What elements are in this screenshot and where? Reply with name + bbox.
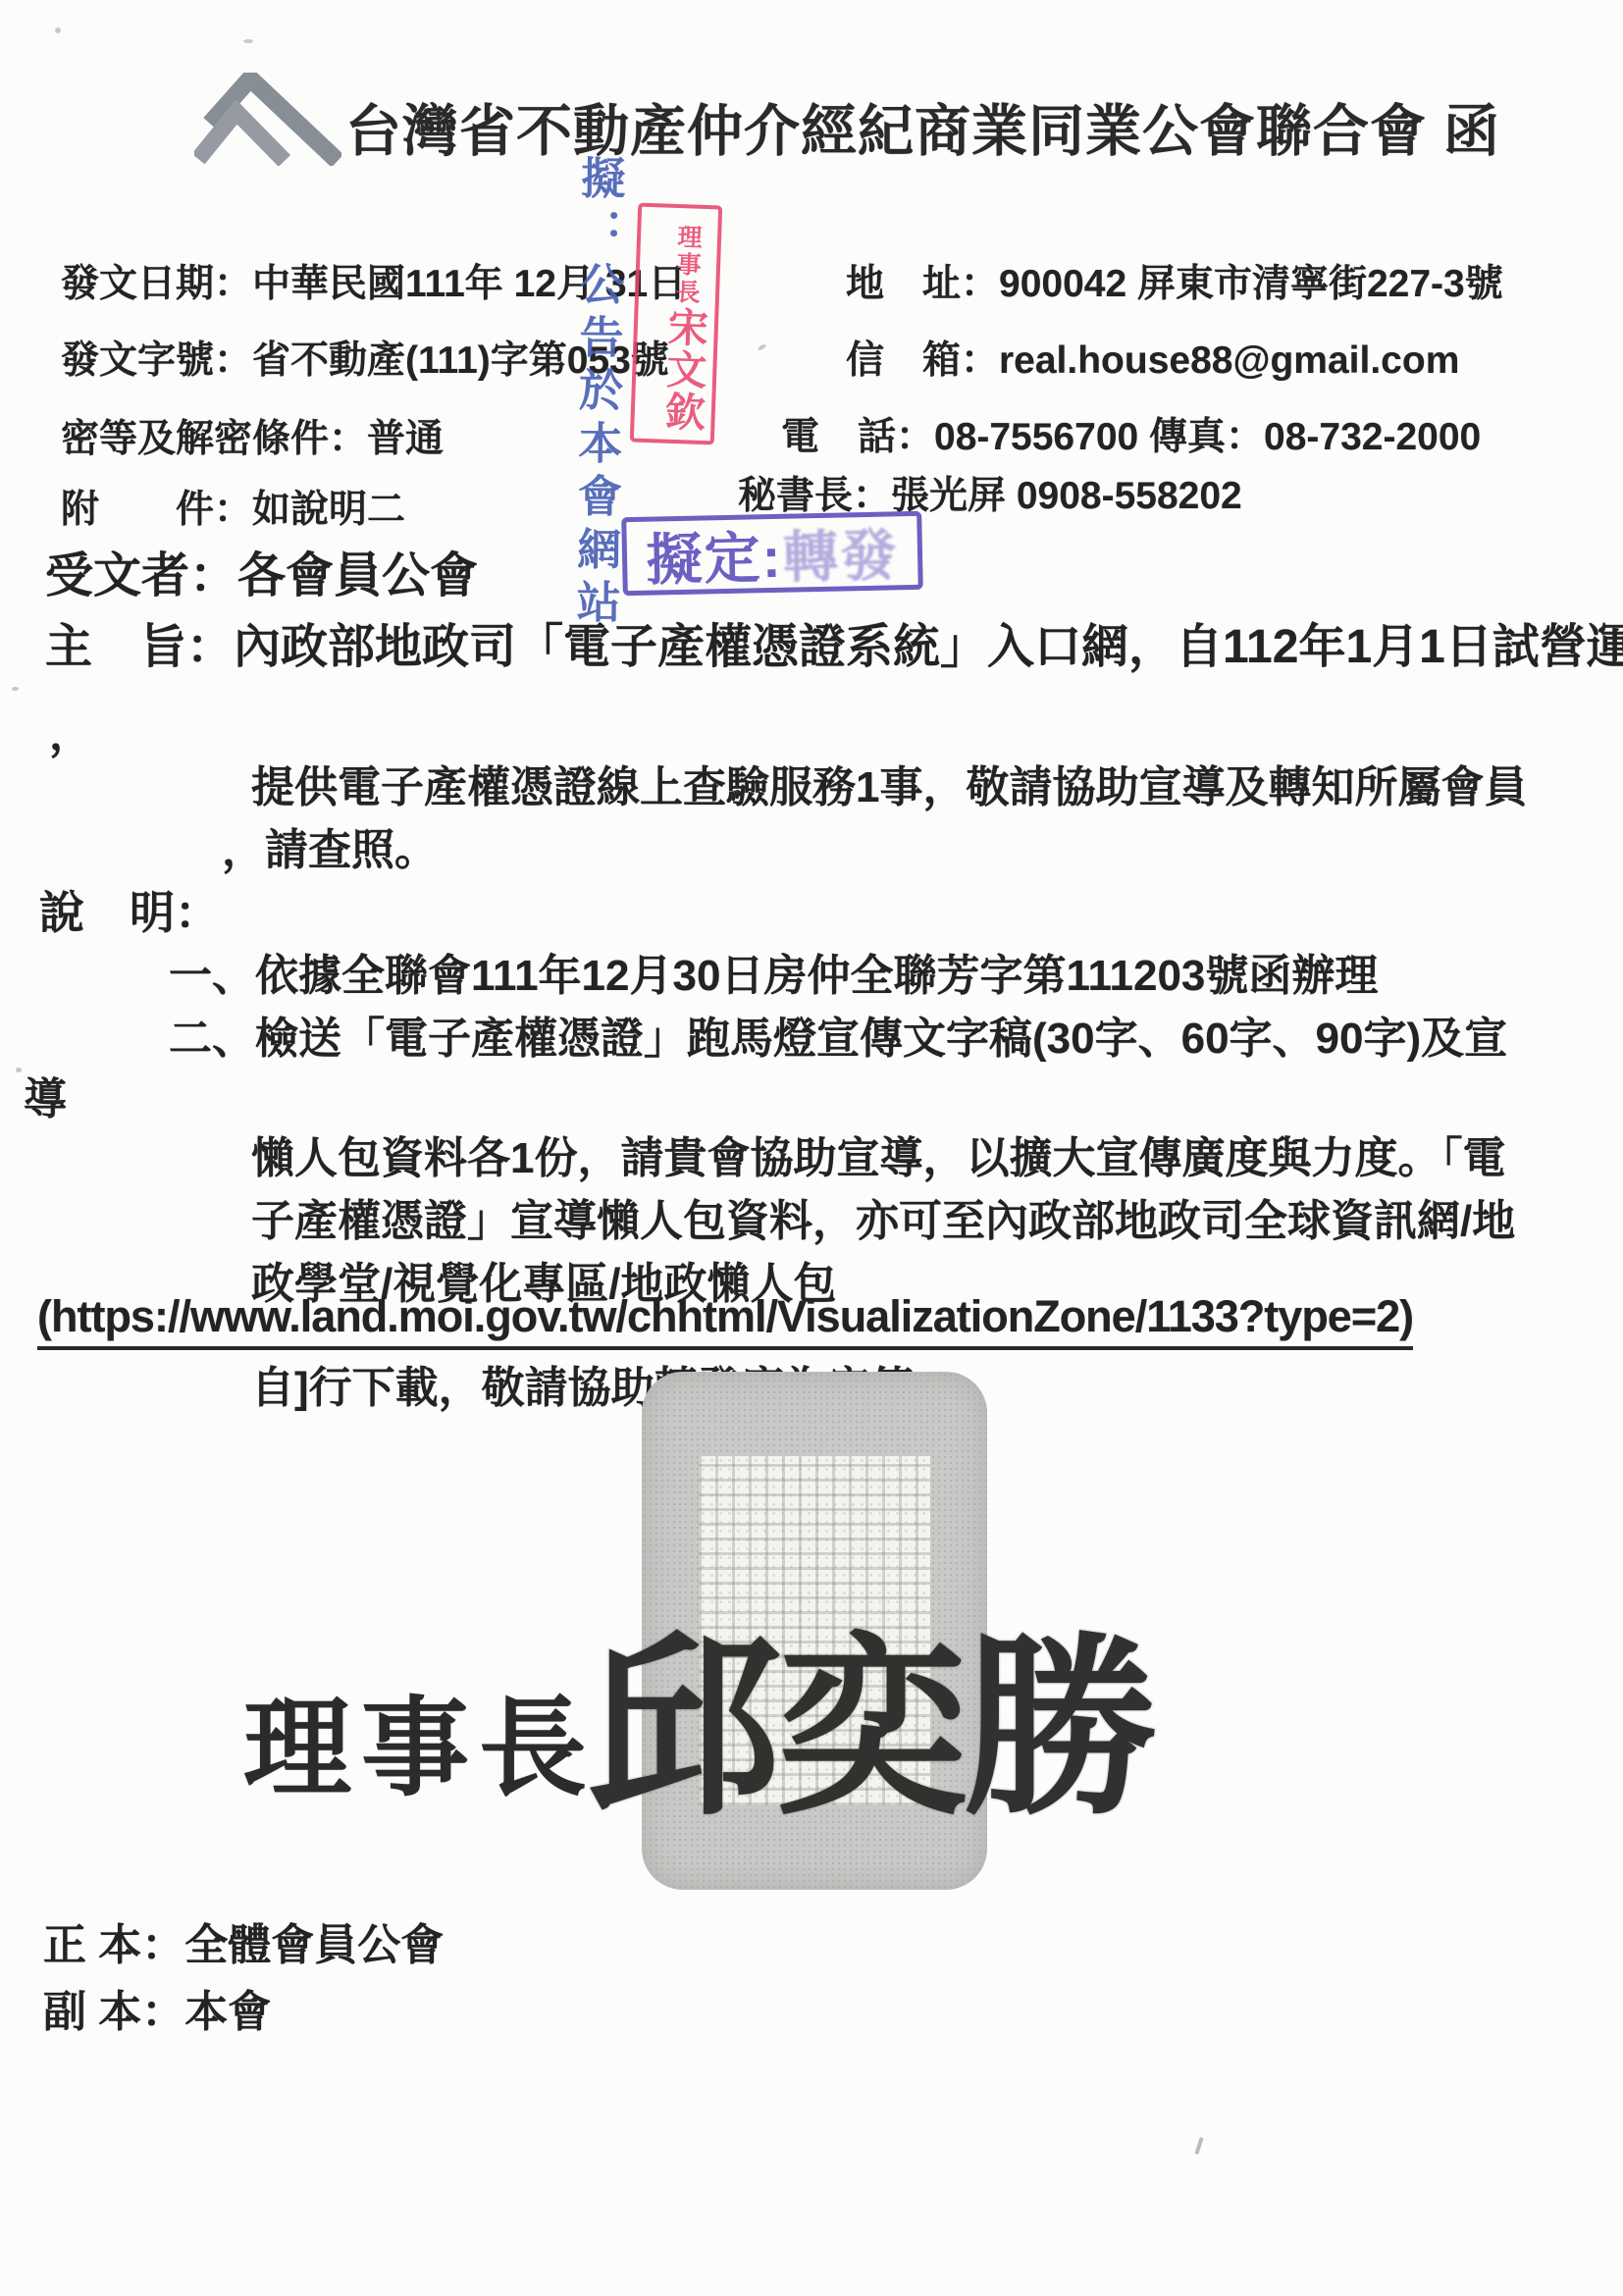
scanned-letter-page: 台灣省不動產仲介經紀商業同業公會聯合會 函 發文日期：中華民國111年 12月 … xyxy=(0,0,1623,2296)
original-copy-line: 正 本：全體會員公會 xyxy=(43,1909,444,1972)
twin-roof-peaks-logo-icon xyxy=(194,73,341,166)
explanation-body-line-2: 子產權憑證」宣導懶人包資料，亦可至內政部地政司全球資訊網/地 xyxy=(251,1185,1515,1248)
subject-line-3: 提供電子產權憑證線上查驗服務1事，敬請協助宣導及轉知所屬會員 xyxy=(251,752,1527,814)
subject-line-1: 主 旨：內政部地政司「電子產權憑證系統」入口網，自112年1月1日試營運 xyxy=(45,608,1623,676)
explanation-wrap-char: 導 xyxy=(24,1064,67,1126)
recipient-line: 受文者：各會員公會 xyxy=(45,538,478,606)
scan-speck xyxy=(55,27,61,33)
red-seal-title: 理事長 xyxy=(672,223,703,306)
explanation-heading: 說 明： xyxy=(39,877,220,942)
address-line: 地 址：900042 屏東市清寧街227-3號 xyxy=(846,253,1503,308)
subject-line-2: ， xyxy=(49,699,92,761)
explanation-body-line-1: 懶人包資料各1份，請貴會協助宣導，以擴大宣傳廣度與力度。「電 xyxy=(251,1122,1505,1185)
purple-approval-stamp: 擬定:轉發 xyxy=(621,511,923,596)
purple-stamp-suffix: 轉發 xyxy=(782,510,900,593)
attachment-line: 附 件：如說明二 xyxy=(61,479,405,534)
scan-artifact-mark xyxy=(1194,2137,1203,2155)
purple-stamp-prefix: 擬定: xyxy=(646,513,784,597)
explanation-item-1: 一、依據全聯會111年12月30日房仲全聯芳字第111203號函辦理 xyxy=(169,940,1378,1003)
security-level-line: 密等及解密條件：普通 xyxy=(61,408,444,463)
scan-speck xyxy=(16,1068,22,1072)
document-title: 台灣省不動產仲介經紀商業同業公會聯合會 函 xyxy=(345,86,1500,167)
red-seal-name: 宋文欽 xyxy=(658,305,707,434)
signature-title: 理事長 xyxy=(243,1662,597,1817)
duplicate-copy-line: 副 本：本會 xyxy=(43,1976,271,2039)
scan-speck xyxy=(243,39,253,43)
scan-speck xyxy=(12,687,19,691)
printed-url-line: (https://www.land.moi.gov.tw/chhtml/Visu… xyxy=(37,1291,1413,1350)
scan-speck xyxy=(758,343,767,351)
subject-line-4: ，請查照。 xyxy=(222,814,438,877)
signature-name: 邱奕勝 xyxy=(587,1572,1152,1852)
red-chairman-seal-stamp: 理事長宋文欽 xyxy=(630,203,722,445)
phone-fax-line: 電 話：08-7556700 傳真：08-732-2000 xyxy=(781,406,1481,461)
explanation-item-2: 二、檢送「電子產權憑證」跑馬燈宣傳文字稿(30字、60字、90字)及宣 xyxy=(169,1003,1507,1066)
email-line: 信 箱：real.house88@gmail.com xyxy=(846,330,1459,385)
handwritten-blue-annotation: 擬：公告於本會網站 xyxy=(562,155,631,633)
